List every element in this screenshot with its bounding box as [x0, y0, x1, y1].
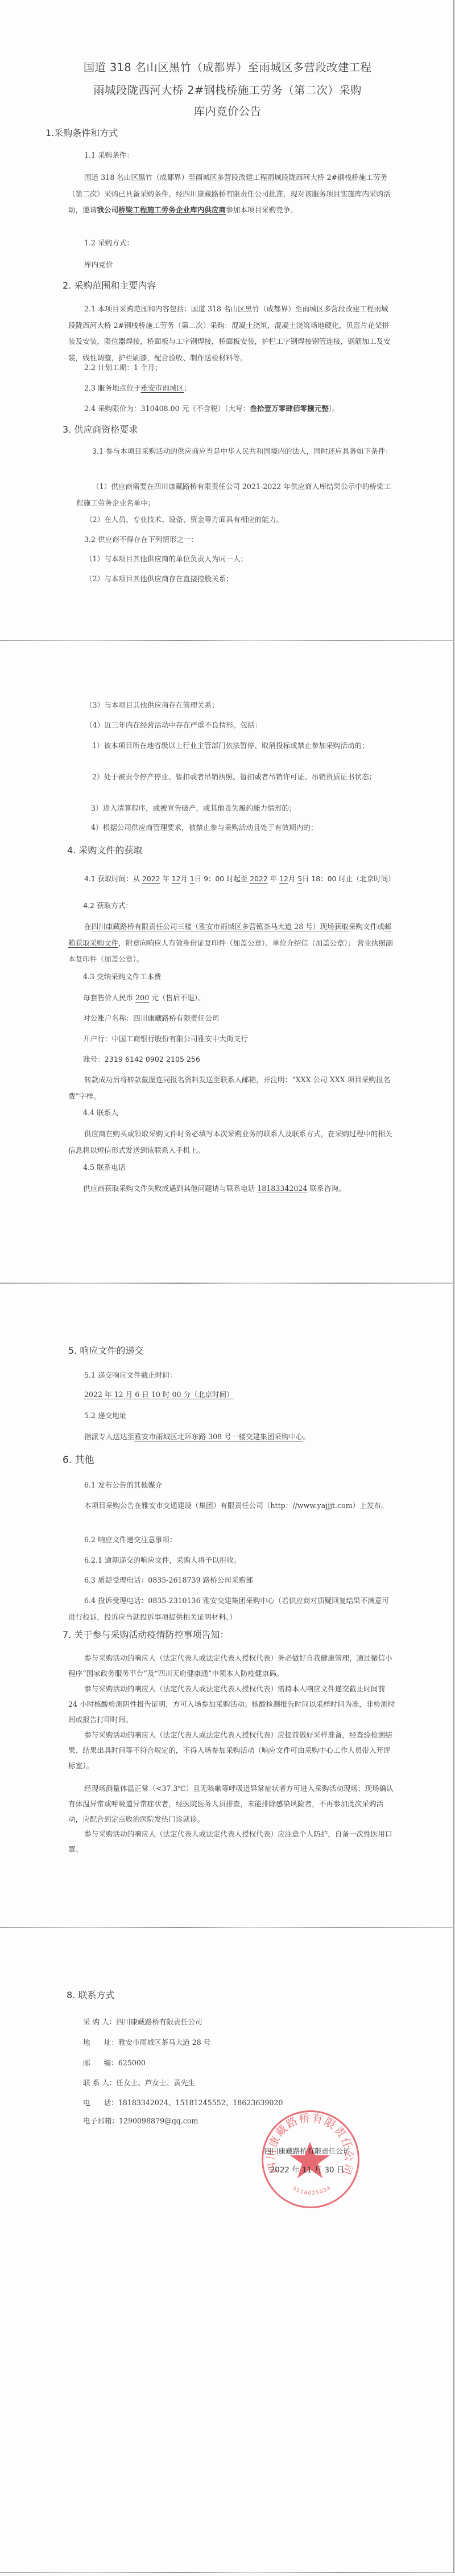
postcode-label: 邮 编：	[83, 2059, 118, 2067]
email-address: 1290098879@qq.com	[119, 2117, 198, 2125]
section-6-1-label: 6.1 发布公告的其他媒介	[84, 1477, 411, 1494]
company-seal: 四川康藏路桥有限责任公司 5118025034105	[262, 2110, 359, 2208]
purchaser-label: 采 购 人：	[83, 2018, 116, 2026]
price-suffix: 元（售后不退）。	[149, 993, 205, 1002]
document-fee: 200	[135, 993, 149, 1002]
section-1-heading: 1.采购条件和方式	[45, 126, 118, 139]
section-5-2-label: 5.2 递交地址	[84, 1408, 411, 1424]
purchaser-row: 采 购 人：四川康藏路桥有限责任公司	[83, 2014, 410, 2031]
price-limit-in-words: 叁拾壹万零肆佰零捌元整	[250, 404, 329, 413]
end-day: 5	[297, 874, 302, 883]
section-2-3-suffix: ；	[184, 384, 191, 392]
start-year: 2022	[142, 874, 160, 883]
section-4-2-label: 4.2 获取方式：	[83, 898, 410, 914]
section-4-3-label: 4.3 交纳采购文件工本费	[83, 969, 410, 985]
section-3-2-sub-item-3: 3）进入清算程序，或被宣告破产，或其他丧失履约能力情形的；	[91, 800, 418, 817]
section-6-heading: 6. 其他	[63, 1452, 94, 1466]
email-row: 电子邮箱：1290098879@qq.com	[83, 2113, 410, 2130]
section-2-3-text: 2.3 服务地点位于雅安市雨城区；	[84, 380, 411, 397]
contact-phone: 18183342024	[257, 1184, 307, 1193]
seal-star-icon: 四川康藏路桥有限责任公司 5118025034105	[263, 2112, 357, 2206]
section-4-4-label: 4.4 联系人	[83, 1105, 410, 1121]
section-6-3-text: 6.3 质疑受理电话：0835-2618739 路桥公司采购部	[84, 1572, 411, 1589]
epidemic-paragraph-4: 经现场测量体温正常（<37.3℃）且无咳嗽等呼吸道异常症状者方可进入采购活动现场…	[68, 1781, 395, 1827]
bank-name: 开户行：中国工商银行股份有限公司雅安中大街支行	[83, 1031, 410, 1047]
section-7-heading: 7. 关于参与采购活动疫情防控事项告知：	[63, 1628, 229, 1641]
section-4-heading: 4. 采购文件的获取	[67, 843, 142, 856]
section-2-1-text: 2.1 本项目采购范围和内容包括：国道 318 名山区黑竹（成都界）至雨城区多营…	[68, 301, 395, 366]
section-3-1-text: 3.1 参与本项目采购活动的供应商应当是中华人民共和国境内的法人，同时还应具备如…	[76, 443, 396, 460]
end-time: 18：00	[311, 874, 336, 883]
epidemic-paragraph-3: 参与采购活动的响应人（法定代表人或法定代表人授权代表）应提前做好采样准备，经查验…	[68, 1727, 395, 1773]
section-1-2-value: 库内竞价	[84, 257, 411, 273]
supplier-pool-link: 桥梁工程施工劳务企业库内供应商	[118, 206, 226, 214]
phone-suffix: 联系咨询。	[307, 1184, 345, 1193]
section-3-2-sub-item-4: 4）根据公司供应商管理要求，被禁止参与采购活动且处于有效期内的；	[91, 820, 418, 836]
section-1-1-text-bold: 我公司	[97, 206, 118, 214]
section-2-4-text: 2.4 采购限价为：310408.00 元（不含税）（大写：叁拾壹万零肆佰零捌元…	[84, 401, 425, 417]
epidemic-paragraph-5: 参与采购活动的响应人（法定代表人或法定代表人授权代表）应注意个人防护，自备一次性…	[68, 1826, 395, 1857]
section-4-3-price: 每套售价人民币 200 元（售后不退）。	[83, 990, 410, 1006]
section-5-2-text: 指派专人送达至雅安市雨城区北环东路 308 号一楼交建集团采购中心。	[84, 1429, 411, 1445]
section-3-2-item-4: （4）近三年内在经营活动中存在严重不良情形。包括：	[85, 717, 412, 734]
section-4-5-text: 供应商获取采购文件失败或遇到其他问题请与联系电话 18183342024 联系咨…	[83, 1181, 402, 1197]
document-title-line-1: 国道 318 名山区黑竹（成都界）至雨城区多营段改建工程	[0, 59, 455, 75]
section-1-1-text: 国道 318 名山区黑竹（成都界）至雨城区多营段改建工程雨城段陇西河大桥 2#钢…	[68, 170, 395, 219]
section-2-heading: 2. 采购范围和主要内容	[63, 278, 156, 291]
end-year: 2022	[250, 874, 268, 883]
document-title-line-2: 雨城段陇西河大桥 2#钢栈桥施工劳务（第二次）采购	[0, 81, 455, 97]
address-prefix: 指派专人送达至	[84, 1432, 134, 1441]
contact-label: 联 系 人：	[83, 2078, 116, 2087]
acquire-method-pre: 在	[84, 922, 92, 931]
acquire-time-prefix: 4.1 获取时间：从	[84, 874, 142, 883]
section-3-2-item-1: （1）与本项目其他供应商的单位负责人为同一人；	[85, 551, 412, 568]
section-5-heading: 5. 响应文件的递交	[68, 1344, 143, 1357]
submission-deadline: 2022 年 12 月 6 日 10 时 00 分（北京时间）	[84, 1387, 234, 1403]
section-1-1-label: 1.1 采购条件：	[84, 147, 411, 164]
end-month: 12	[279, 874, 288, 883]
section-6-1-text: 本项目采购公告在雅安市交通建设（集团）有限责任公司（http：//www.yaj…	[68, 1498, 395, 1514]
postcode-row: 邮 编：625000	[83, 2055, 410, 2072]
epidemic-paragraph-2: 参与采购活动的响应人（法定代表人或法定代表人授权代表）需持本人响应文件递交截止时…	[68, 1681, 395, 1727]
epidemic-paragraph-1: 参与采购活动的响应人（法定代表人或法定代表人授权代表）务必做好自我健康管理，通过…	[68, 1650, 395, 1681]
start-day: 1	[190, 874, 195, 883]
section-3-2-sub-item-2: 2）处于被责令停产停业、暂扣或者吊销执照、暂扣或者吊销许可证、吊销资质证书状态；	[74, 769, 396, 786]
acquire-method-mid: 采购文件或	[349, 922, 384, 931]
page-break-divider	[0, 2572, 455, 2573]
submission-address: 雅安市雨城区北环东路 308 号一楼交建集团采购中心	[134, 1432, 303, 1441]
price-prefix: 每套售价人民币	[83, 993, 135, 1002]
account-name: 对公账户名称：四川康藏路桥有限责任公司	[83, 1010, 410, 1027]
price-limit-suffix: ）。	[329, 404, 340, 413]
section-4-2-text: 在四川康藏路桥有限责任公司三楼（雅安市雨城区多营镇茶马大道 28 号）现场获取采…	[68, 919, 395, 968]
address-suffix: 。	[303, 1432, 311, 1441]
email-label: 电子邮箱：	[83, 2117, 119, 2125]
phone-prefix: 供应商获取采购文件失败或遇到其他问题请与联系电话	[83, 1184, 257, 1193]
signature-company: 四川康藏路桥有限责任公司	[250, 2145, 364, 2156]
acquire-location: 四川康藏路桥有限责任公司三楼（雅安市雨城区多营镇茶马大道 28 号）现场获取	[92, 922, 349, 931]
section-4-1-text: 4.1 获取时间：从 2022 年 12月 1日 9：00 时起至 2022 年…	[68, 871, 395, 888]
section-1-1-text-b: 参加本项目采购竞争。	[226, 206, 297, 214]
section-2-2-text: 2.2 计划工期：1 个月；	[84, 360, 411, 376]
account-number: 账号：2319 6142 0902 2105 256	[83, 1051, 410, 1068]
phone-numbers: 18183342024、15181245552、18623639020	[118, 2098, 283, 2107]
section-3-2-text: 3.2 供应商不得存在下列情形之一：	[84, 532, 411, 548]
section-3-heading: 3. 供应商资格要求	[63, 422, 138, 436]
section-3-2-item-3: （3）与本项目其他供应商存在管理关系；	[85, 697, 412, 714]
section-8-heading: 8. 联系方式	[67, 1988, 114, 2001]
section-3-1-item-1: （1）供应商需要在四川康藏路桥有限责任公司 2021-2022 年供应商入库结果…	[76, 479, 396, 511]
section-6-4-text: 6.4 投诉受理电话：0835-2310136 雅安交建集团采购中心（若供应商对…	[68, 1593, 395, 1625]
section-2-3-prefix: 2.3 服务地点位于	[84, 384, 141, 392]
section-6-2-label: 6.2 响应文件递交注意事项：	[84, 1532, 411, 1548]
section-5-1-label: 5.1 递交响应文件截止时间：	[84, 1367, 411, 1384]
acquire-time-suffix: 时止（北京时间）	[338, 874, 395, 883]
section-3-1-item-2: （2）在人员、专业技术、设备、资金等方面具有相应的能力。	[85, 512, 412, 528]
postcode-value: 625000	[118, 2059, 146, 2067]
transfer-note: 转款成功后将转款截图连同报名资料发送至联系人邮箱，并注明：“XXX 公司 XXX…	[68, 1072, 395, 1104]
purchaser-address: 雅安市雨城区茶马大道 28 号	[118, 2038, 211, 2047]
section-4-5-label: 4.5 联系电话	[83, 1160, 410, 1176]
signature-date: 2022 年 11 月 30 日	[250, 2163, 364, 2175]
section-3-2-item-2: （2）与本项目其他供应商存在直接控股关系；	[85, 571, 412, 587]
address-label: 地 址：	[83, 2038, 118, 2047]
start-month: 12	[172, 874, 181, 883]
section-1-2-label: 1.2 采购方式：	[84, 235, 411, 252]
start-time: 9：00	[204, 874, 224, 883]
contact-names: 任女士、芦女士、黄先生	[116, 2078, 195, 2087]
section-4-4-text: 供应商在购买或领取采购文件时务必填写本次采购业务的联系人及联系方式，在采购过程中…	[68, 1126, 395, 1158]
section-6-2-1-text: 6.2.1 逾期递交的响应文件，采购人将予以拒收。	[84, 1552, 411, 1569]
price-limit-prefix: 2.4 采购限价为：310408.00 元（不含税）（大写：	[84, 404, 250, 413]
phone-label: 电 话：	[83, 2098, 118, 2107]
address-row: 地 址：雅安市雨城区茶马大道 28 号	[83, 2035, 410, 2051]
document-title-line-3: 库内竞价公告	[0, 102, 455, 118]
section-3-2-sub-item-1: 1）被本项目所在地省级以上行业主管部门依法暂停、取消投标或禁止参加采购活动的；	[74, 738, 396, 754]
contact-row: 联 系 人：任女士、芦女士、黄先生	[83, 2075, 410, 2092]
service-location: 雅安市雨城区	[141, 384, 184, 392]
phone-row: 电 话：18183342024、15181245552、18623639020	[83, 2095, 410, 2111]
purchaser-name: 四川康藏路桥有限责任公司	[116, 2018, 202, 2026]
